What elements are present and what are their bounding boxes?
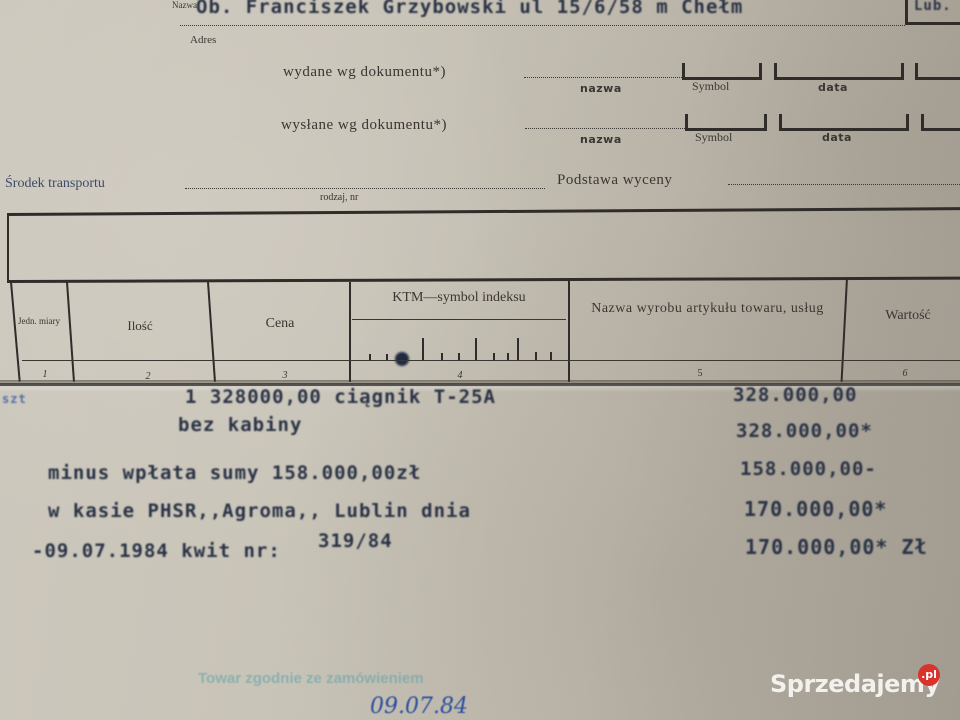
- address-label: Adres: [190, 34, 216, 46]
- issued-name-line: [524, 77, 682, 78]
- col-num-1: 1: [35, 369, 55, 380]
- stamp-text: Towar zgodnie ze zamówieniem: [198, 670, 424, 687]
- handwritten-date: 09.07.84: [370, 694, 468, 719]
- sent-nazwa-sub: nazwa: [580, 133, 622, 146]
- valuation-label: Podstawa wyceny: [557, 172, 672, 189]
- typed-receipt-number: 319/84: [318, 530, 393, 552]
- typed-line-3: minus wpłata sumy 158.000,00zł: [48, 462, 421, 484]
- box-bottom-line: [7, 277, 960, 283]
- amount-1: 328.000,00: [733, 384, 857, 406]
- amount-3: 158.000,00-: [740, 458, 877, 480]
- col-border-1: [66, 282, 75, 382]
- ktm-tick-ruler: [355, 330, 565, 360]
- amount-4: 170.000,00*: [744, 497, 887, 521]
- typed-line-5: -09.07.1984 kwit nr:: [32, 540, 281, 562]
- issued-label: wydane wg dokumentu*): [283, 64, 446, 81]
- watermark-tld-badge: .pl: [918, 664, 940, 686]
- sent-symbol-sub: Symbol: [695, 130, 732, 145]
- issued-symbol-sub: Symbol: [692, 79, 729, 94]
- amount-5: 170.000,00* Zł: [745, 535, 928, 559]
- typed-line-1: 1 328000,00 ciągnik T-25A: [185, 386, 496, 408]
- col-header-5: Nazwa wyrobu artykułu towaru, usług: [585, 300, 830, 318]
- sent-name-line: [525, 128, 685, 129]
- amount-2: 328.000,00*: [736, 420, 873, 442]
- col-header-3: Cena: [215, 316, 345, 332]
- col-header-1: Jedn. miary: [14, 316, 64, 326]
- col-border-4: [568, 280, 570, 382]
- transport-label: Środek transportu: [5, 176, 105, 192]
- col-border-5: [841, 278, 848, 382]
- name-label: Nazwa: [172, 0, 197, 10]
- col-border-3: [349, 282, 351, 382]
- transport-line: [185, 188, 545, 189]
- watermark-brand: Sprzedajemy: [770, 670, 940, 698]
- issued-date-box[interactable]: [774, 63, 904, 80]
- name-line: [180, 25, 905, 26]
- sent-date-box[interactable]: [779, 114, 909, 131]
- sent-symbol-box[interactable]: [685, 114, 767, 131]
- ink-blot: [395, 352, 409, 366]
- issued-data-sub: data: [818, 81, 848, 94]
- sent-extra-bracket-bottom: [921, 128, 960, 131]
- box-top-line: [7, 207, 960, 216]
- header-divider: [22, 360, 960, 361]
- issued-nazwa-sub: nazwa: [580, 82, 622, 95]
- name-bracket-bottom: [905, 22, 960, 25]
- typed-line-4: w kasie PHSR,,Agroma,, Lublin dnia: [48, 500, 471, 522]
- issued-symbol-box[interactable]: [682, 63, 762, 80]
- transport-sub-label: rodzaj, nr: [320, 192, 358, 203]
- col-header-2: Ilość: [80, 318, 200, 334]
- col-header-4: KTM—symbol indeksu: [352, 290, 566, 306]
- box-left-line: [7, 214, 9, 282]
- name-value: Ob. Franciszek Grzybowski ul 15/6/58 m C…: [196, 0, 743, 18]
- left-margin-mark: szt: [2, 392, 27, 406]
- name-bracket-left: [905, 0, 908, 22]
- typed-line-2: bez kabiny: [178, 414, 302, 436]
- col-num-6: 6: [895, 368, 915, 379]
- col-header-6: Wartość: [856, 308, 960, 324]
- valuation-line: [728, 184, 960, 185]
- col-num-5: 5: [690, 368, 710, 379]
- sent-label: wysłane wg dokumentu*): [281, 117, 447, 134]
- sent-data-sub: data: [822, 131, 852, 144]
- issued-extra-bracket-bottom: [915, 77, 960, 80]
- col-border-0: [10, 282, 21, 382]
- name-value-right: Lub.: [914, 0, 952, 14]
- ktm-divider: [352, 319, 566, 320]
